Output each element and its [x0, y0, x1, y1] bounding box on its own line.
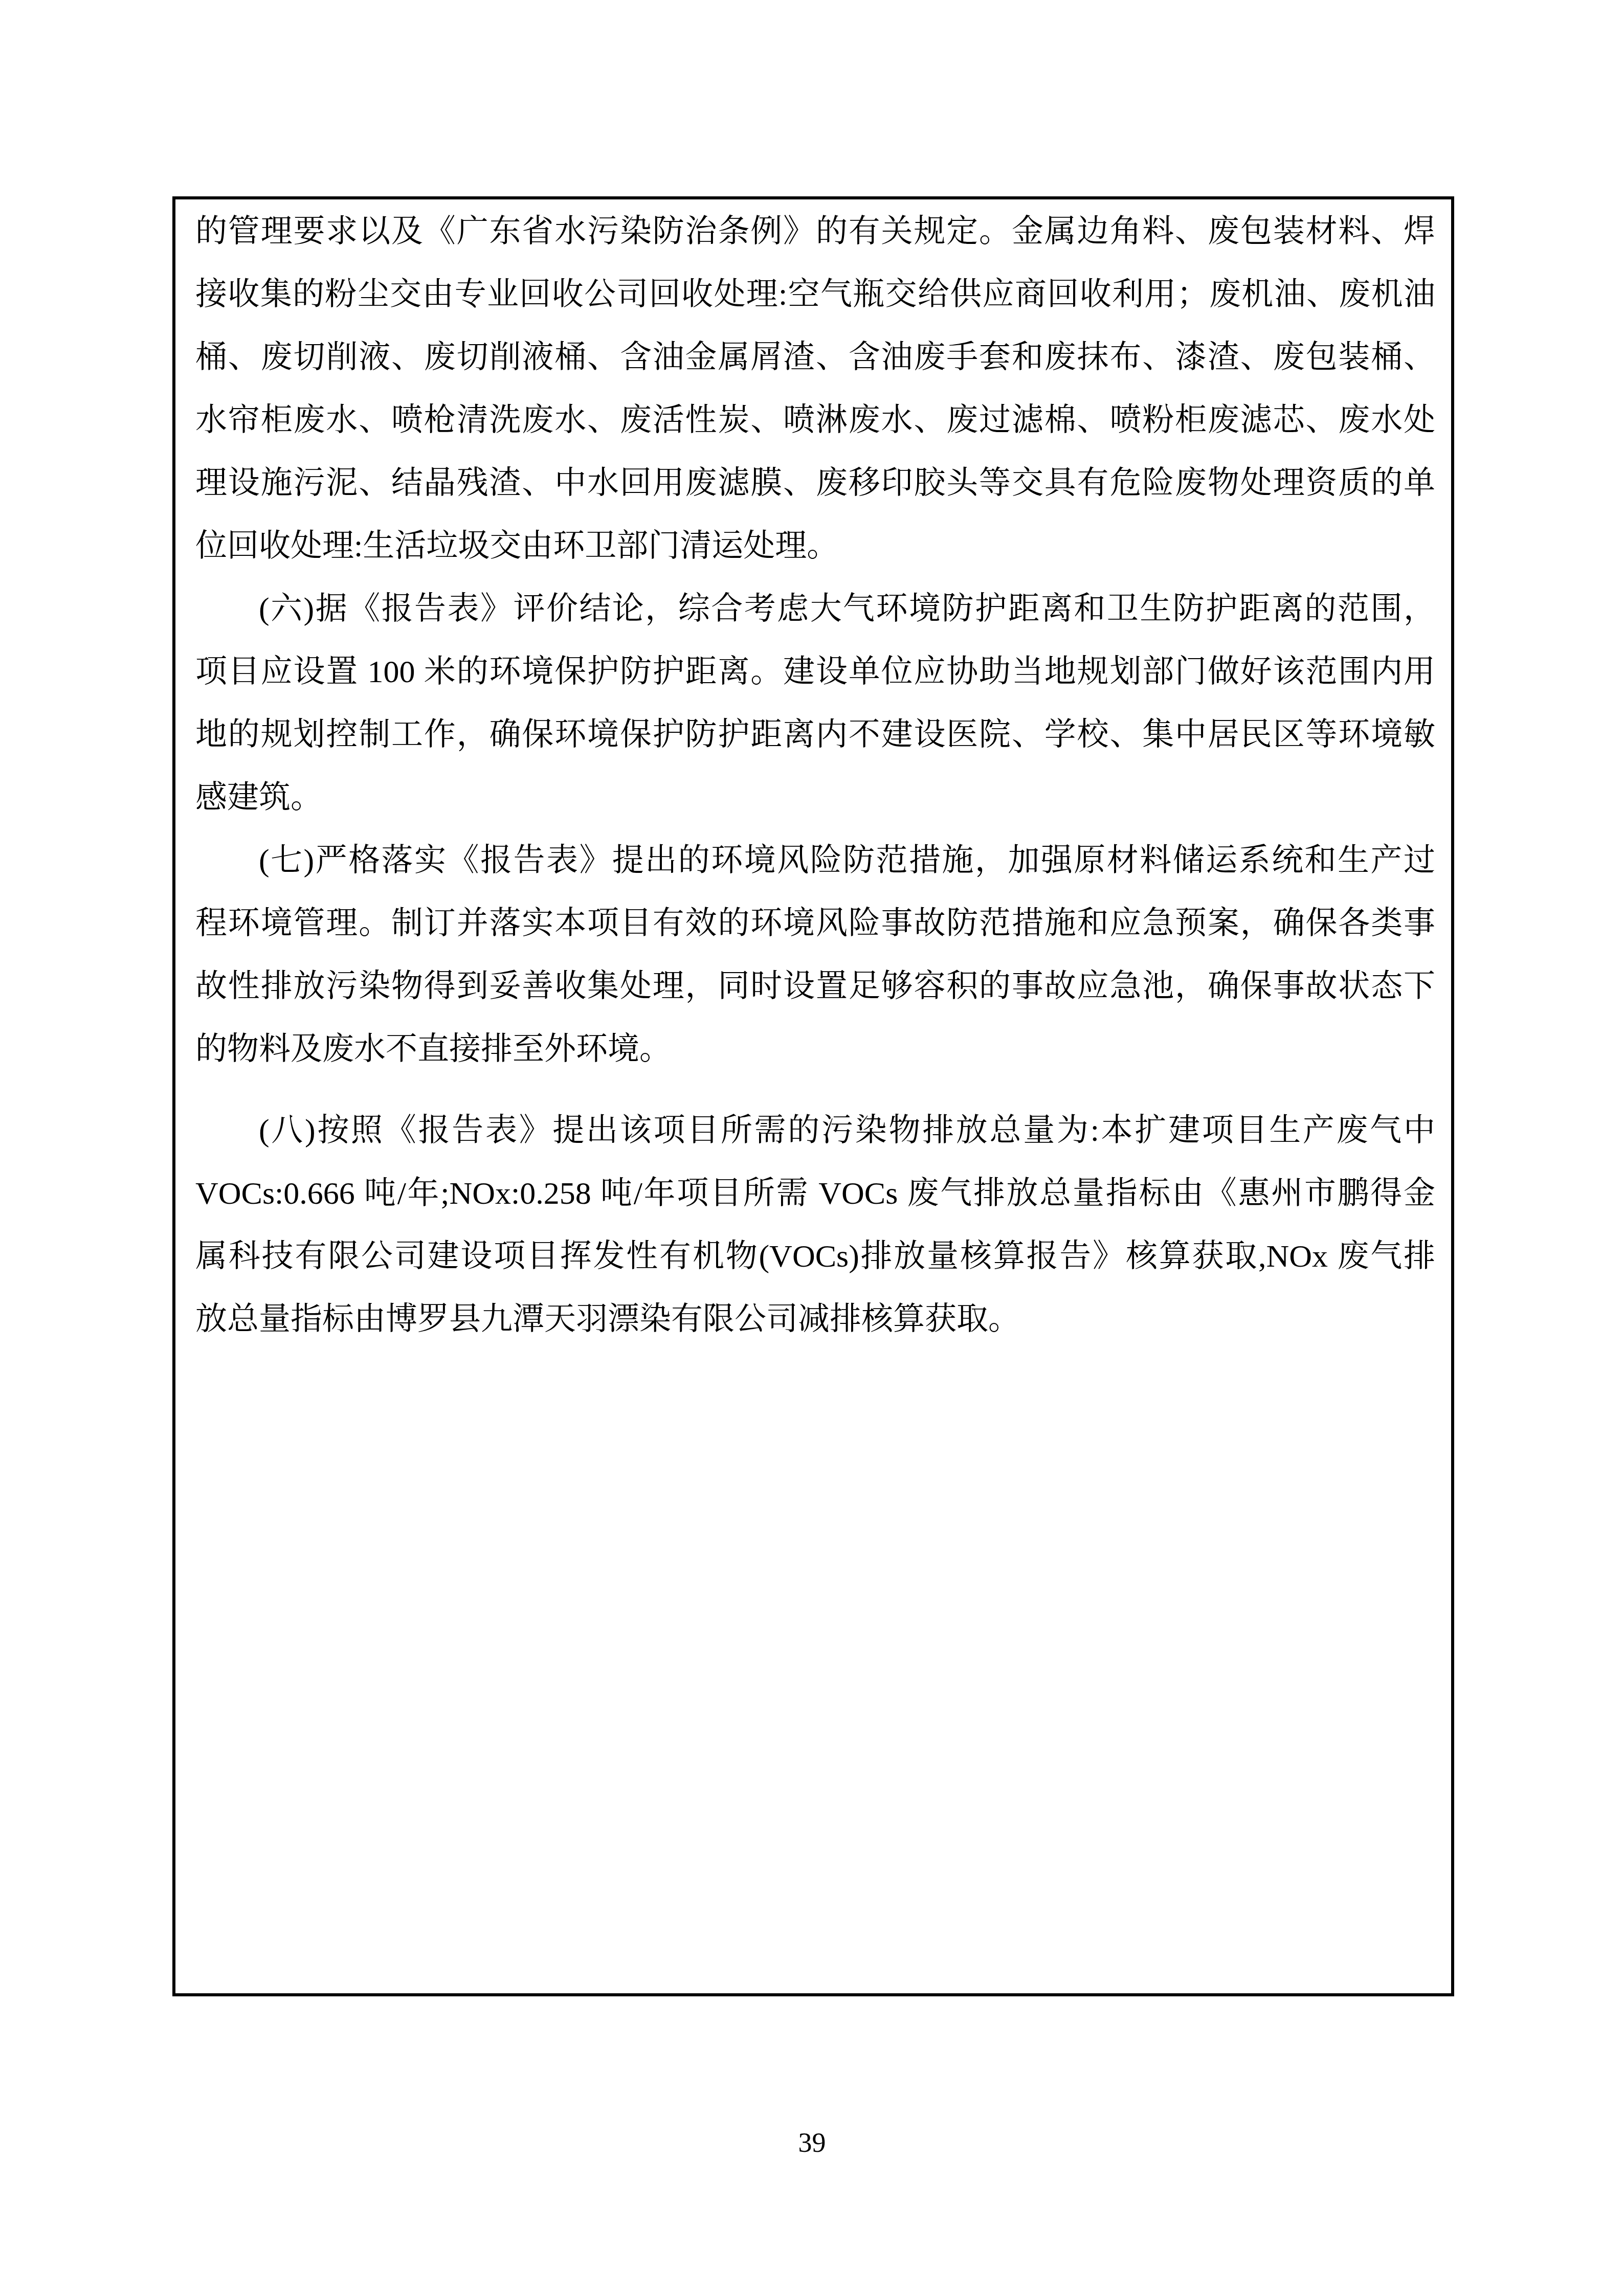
page-number: 39	[0, 2122, 1624, 2163]
text-line: 的物料及废水不直接排至外环境。	[195, 1018, 1435, 1081]
text-line: 位回收处理:生活垃圾交由环卫部门清运处理。	[195, 515, 1435, 578]
text-line: 理设施污泥、结晶残渣、中水回用废滤膜、废移印胶头等交具有危险废物处理资质的单	[195, 452, 1435, 515]
paragraph: (八)按照《报告表》提出该项目所需的污染物排放总量为:本扩建项目生产废气中VOC…	[195, 1099, 1435, 1351]
document-page: 的管理要求以及《广东省水污染防治条例》的有关规定。金属边角料、废包装材料、焊接收…	[0, 0, 1624, 2296]
text-line: (六)据《报告表》评价结论，综合考虑大气环境防护距离和卫生防护距离的范围，	[195, 578, 1435, 641]
text-line: 感建筑。	[195, 767, 1435, 829]
report-text-cell: 的管理要求以及《广东省水污染防治条例》的有关规定。金属边角料、废包装材料、焊接收…	[172, 196, 1454, 1996]
paragraph: 的管理要求以及《广东省水污染防治条例》的有关规定。金属边角料、废包装材料、焊接收…	[195, 200, 1435, 578]
text-line: (八)按照《报告表》提出该项目所需的污染物排放总量为:本扩建项目生产废气中	[195, 1099, 1435, 1162]
text-line: 水帘柜废水、喷枪清洗废水、废活性炭、喷淋废水、废过滤棉、喷粉柜废滤芯、废水处	[195, 389, 1435, 452]
text-line: 接收集的粉尘交由专业回收公司回收处理:空气瓶交给供应商回收利用；废机油、废机油	[195, 263, 1435, 326]
paragraphs-container: 的管理要求以及《广东省水污染防治条例》的有关规定。金属边角料、废包装材料、焊接收…	[195, 200, 1435, 1351]
text-line: VOCs:0.666 吨/年;NOx:0.258 吨/年项目所需 VOCs 废气…	[195, 1162, 1435, 1225]
text-line: 的管理要求以及《广东省水污染防治条例》的有关规定。金属边角料、废包装材料、焊	[195, 200, 1435, 263]
text-line: 地的规划控制工作，确保环境保护防护距离内不建设医院、学校、集中居民区等环境敏	[195, 704, 1435, 767]
text-line: 桶、废切削液、废切削液桶、含油金属屑渣、含油废手套和废抹布、漆渣、废包装桶、	[195, 326, 1435, 389]
text-line: 程环境管理。制订并落实本项目有效的环境风险事故防范措施和应急预案，确保各类事	[195, 892, 1435, 955]
paragraph: (六)据《报告表》评价结论，综合考虑大气环境防护距离和卫生防护距离的范围，项目应…	[195, 578, 1435, 829]
text-line: 放总量指标由博罗县九潭天羽漂染有限公司减排核算获取。	[195, 1288, 1435, 1351]
paragraph: (七)严格落实《报告表》提出的环境风险防范措施，加强原材料储运系统和生产过程环境…	[195, 829, 1435, 1081]
text-line: 属科技有限公司建设项目挥发性有机物(VOCs)排放量核算报告》核算获取,NOx …	[195, 1225, 1435, 1288]
text-line: (七)严格落实《报告表》提出的环境风险防范措施，加强原材料储运系统和生产过	[195, 829, 1435, 892]
text-line: 故性排放污染物得到妥善收集处理，同时设置足够容积的事故应急池，确保事故状态下	[195, 955, 1435, 1018]
text-line: 项目应设置 100 米的环境保护防护距离。建设单位应协助当地规划部门做好该范围内…	[195, 641, 1435, 704]
